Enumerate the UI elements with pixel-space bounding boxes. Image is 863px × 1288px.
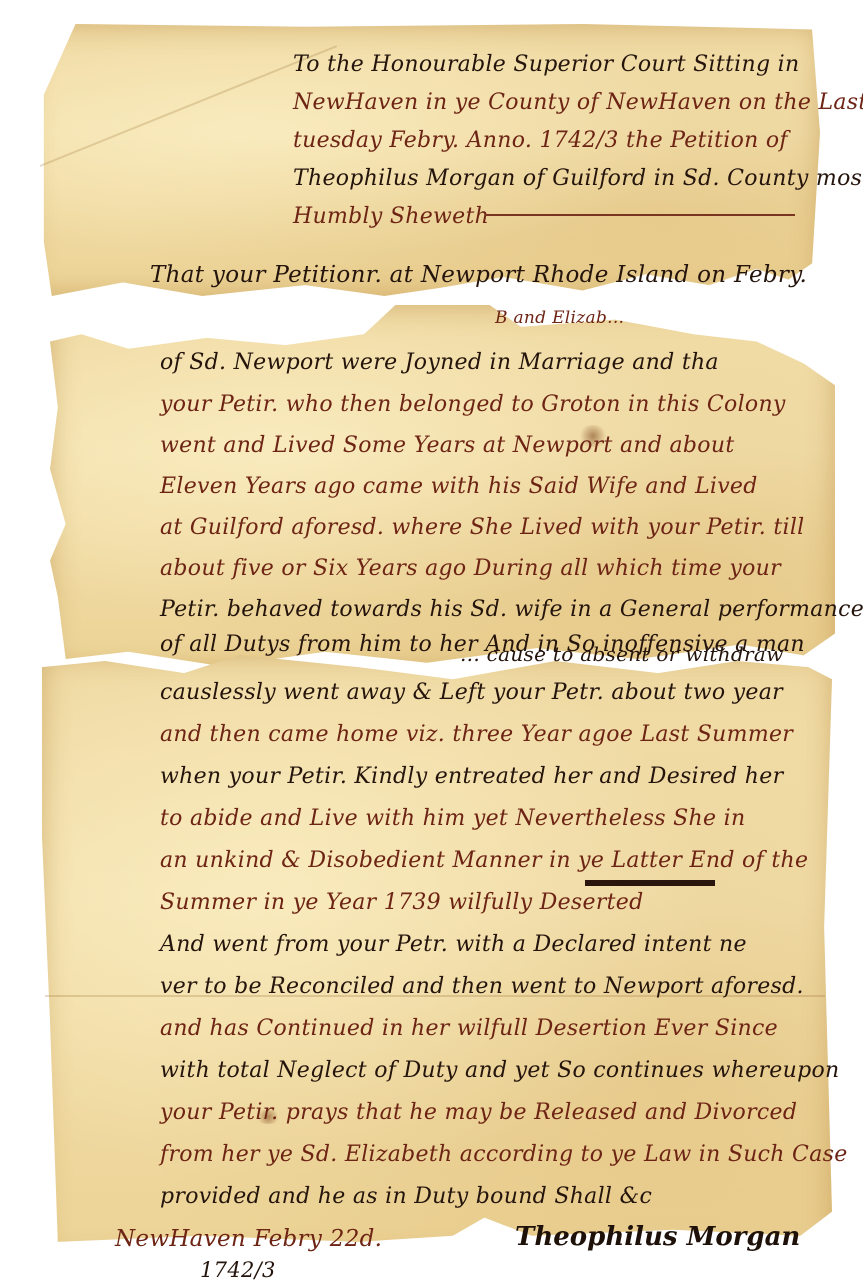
signature: Theophilus Morgan	[515, 1222, 800, 1252]
body-line: your Petir. prays that he may be Release…	[160, 1100, 797, 1125]
body-line: went and Lived Some Years at Newport and…	[160, 433, 734, 458]
body-line: Petir. behaved towards his Sd. wife in a…	[160, 597, 863, 622]
body-line: your Petir. who then belonged to Groton …	[160, 392, 786, 417]
body-line: And went from your Petr. with a Declared…	[160, 932, 747, 957]
body-line: about five or Six Years ago During all w…	[160, 556, 781, 581]
body-line: and has Continued in her wilfull Deserti…	[160, 1016, 778, 1041]
body-line: provided and he as in Duty bound Shall &…	[160, 1184, 652, 1209]
heading-line: tuesday Febry. Anno. 1742/3 the Petition…	[293, 128, 788, 153]
body-line: to abide and Live with him yet Neverthel…	[160, 806, 745, 831]
body-line: at Guilford aforesd. where She Lived wit…	[160, 515, 805, 540]
body-line: causlessly went away & Left your Petr. a…	[160, 680, 783, 705]
body-line: when your Petir. Kindly entreated her an…	[160, 764, 783, 789]
heading-line: NewHaven in ye County of NewHaven on the…	[293, 90, 863, 115]
torn-gap-text: B and Elizab...	[495, 308, 624, 328]
body-line: ver to be Reconciled and then went to Ne…	[160, 974, 804, 999]
body-line: from her ye Sd. Elizabeth according to y…	[160, 1142, 848, 1167]
strike-through	[585, 880, 715, 886]
dateline-place-date: NewHaven Febry 22d.	[115, 1226, 382, 1252]
heading-line: To the Honourable Superior Court Sitting…	[293, 52, 799, 77]
body-line: of Sd. Newport were Joyned in Marriage a…	[160, 350, 719, 375]
body-line-partial: ... cause to absent or withdraw	[460, 642, 784, 666]
body-line: That your Petitionr. at Newport Rhode Is…	[150, 262, 807, 288]
body-line: Summer in ye Year 1739 wilfully Deserted	[160, 890, 644, 915]
body-line: Eleven Years ago came with his Said Wife…	[160, 474, 758, 499]
body-line: an unkind & Disobedient Manner in ye Lat…	[160, 848, 808, 873]
body-line: and then came home viz. three Year agoe …	[160, 722, 793, 747]
heading-underline	[485, 214, 795, 216]
heading-line: Humbly Sheweth	[293, 204, 489, 229]
body-line: with total Neglect of Duty and yet So co…	[160, 1058, 839, 1083]
heading-line: Theophilus Morgan of Guilford in Sd. Cou…	[293, 166, 863, 191]
dateline-year: 1742/3	[200, 1258, 276, 1282]
